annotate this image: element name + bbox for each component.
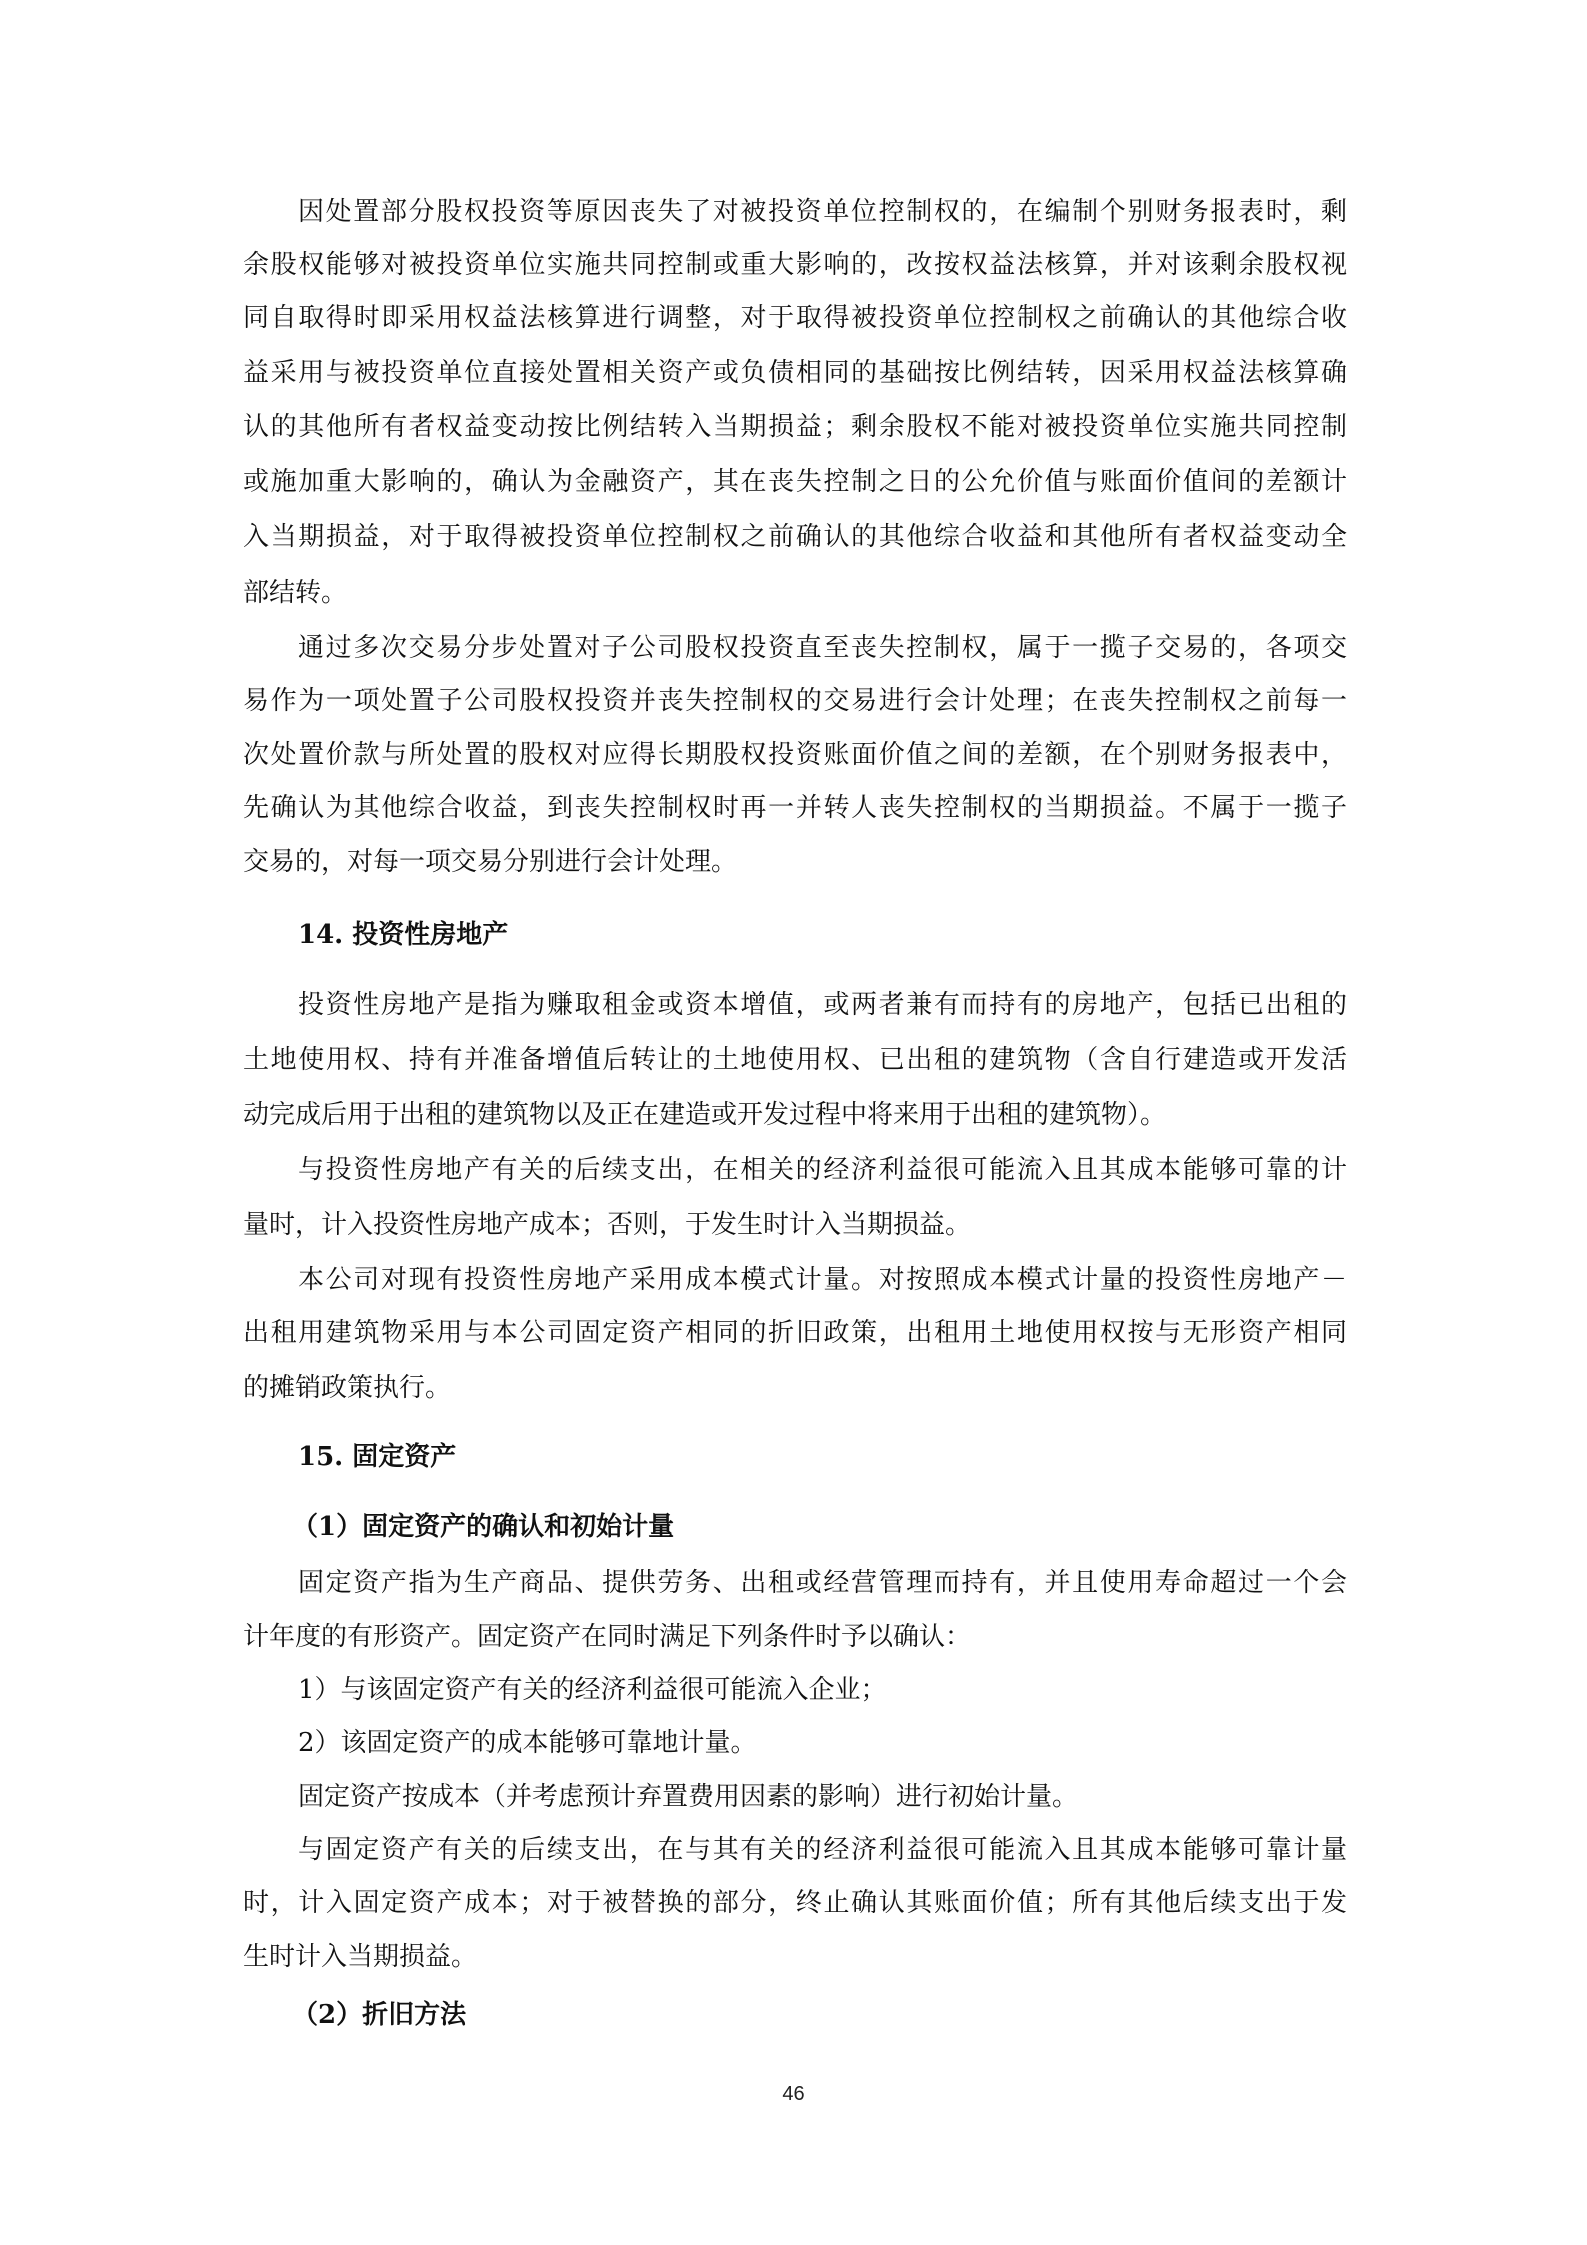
paragraph-line: 通过多次交易分步处置对子公司股权投资直至丧失控制权，属于一揽子交易的，各项交 xyxy=(298,631,1347,665)
paragraph-line: 因处置部分股权投资等原因丧失了对被投资单位控制权的，在编制个别财务报表时，剩 xyxy=(298,195,1347,229)
paragraph-line: 计年度的有形资产。固定资产在同时满足下列条件时予以确认： xyxy=(243,1620,1347,1654)
page-number: 46 xyxy=(0,2083,1587,2106)
paragraph-line: 入当期损益，对于取得被投资单位控制权之前确认的其他综合收益和其他所有者权益变动全 xyxy=(243,520,1347,554)
paragraph-line: 部结转。 xyxy=(243,576,1347,610)
paragraph-line: 益采用与被投资单位直接处置相关资产或负债相同的基础按比例结转，因采用权益法核算确 xyxy=(243,356,1347,390)
section-heading-15: 15. 固定资产 xyxy=(298,1440,1347,1474)
paragraph-line: 时，计入固定资产成本；对于被替换的部分，终止确认其账面价值；所有其他后续支出于发 xyxy=(243,1886,1347,1920)
paragraph-line: 生时计入当期损益。 xyxy=(243,1940,1347,1974)
paragraph-line: 交易的，对每一项交易分别进行会计处理。 xyxy=(243,845,1347,879)
paragraph-line: 与固定资产有关的后续支出，在与其有关的经济利益很可能流入且其成本能够可靠计量 xyxy=(298,1833,1347,1867)
document-page: 因处置部分股权投资等原因丧失了对被投资单位控制权的，在编制个别财务报表时，剩 余… xyxy=(0,0,1587,2245)
paragraph-line: 本公司对现有投资性房地产采用成本模式计量。对按照成本模式计量的投资性房地产－ xyxy=(298,1263,1347,1297)
list-item: 2）该固定资产的成本能够可靠地计量。 xyxy=(298,1726,1347,1760)
paragraph-line: 先确认为其他综合收益，到丧失控制权时再一并转人丧失控制权的当期损益。不属于一揽子 xyxy=(243,791,1347,825)
paragraph-line: 出租用建筑物采用与本公司固定资产相同的折旧政策，出租用土地使用权按与无形资产相同 xyxy=(243,1316,1347,1350)
paragraph-line: 与投资性房地产有关的后续支出，在相关的经济利益很可能流入且其成本能够可靠的计 xyxy=(298,1153,1347,1187)
paragraph-line: 易作为一项处置子公司股权投资并丧失控制权的交易进行会计处理；在丧失控制权之前每一 xyxy=(243,684,1347,718)
list-item: 1）与该固定资产有关的经济利益很可能流入企业； xyxy=(298,1673,1347,1707)
paragraph-line: 固定资产指为生产商品、提供劳务、出租或经营管理而持有，并且使用寿命超过一个会 xyxy=(298,1566,1347,1600)
paragraph-line: 固定资产按成本（并考虑预计弃置费用因素的影响）进行初始计量。 xyxy=(298,1780,1347,1814)
paragraph-line: 动完成后用于出租的建筑物以及正在建造或开发过程中将来用于出租的建筑物）。 xyxy=(243,1098,1347,1132)
paragraph-line: 土地使用权、持有并准备增值后转让的土地使用权、已出租的建筑物（含自行建造或开发活 xyxy=(243,1043,1347,1077)
paragraph-line: 投资性房地产是指为赚取租金或资本增值，或两者兼有而持有的房地产，包括已出租的 xyxy=(298,988,1347,1022)
paragraph-line: 或施加重大影响的，确认为金融资产，其在丧失控制之日的公允价值与账面价值间的差额计 xyxy=(243,465,1347,499)
paragraph-line: 量时，计入投资性房地产成本；否则，于发生时计入当期损益。 xyxy=(243,1208,1347,1242)
paragraph-line: 余股权能够对被投资单位实施共同控制或重大影响的，改按权益法核算，并对该剩余股权视 xyxy=(243,248,1347,282)
paragraph-line: 认的其他所有者权益变动按比例结转入当期损益；剩余股权不能对被投资单位实施共同控制 xyxy=(243,410,1347,444)
subsection-heading-2: （2）折旧方法 xyxy=(292,1998,1396,2032)
subsection-heading-1: （1）固定资产的确认和初始计量 xyxy=(292,1510,1396,1544)
paragraph-line: 次处置价款与所处置的股权对应得长期股权投资账面价值之间的差额，在个别财务报表中， xyxy=(243,738,1347,772)
section-heading-14: 14. 投资性房地产 xyxy=(298,918,1347,952)
paragraph-line: 的摊销政策执行。 xyxy=(243,1371,1347,1405)
paragraph-line: 同自取得时即采用权益法核算进行调整，对于取得被投资单位控制权之前确认的其他综合收 xyxy=(243,301,1347,335)
